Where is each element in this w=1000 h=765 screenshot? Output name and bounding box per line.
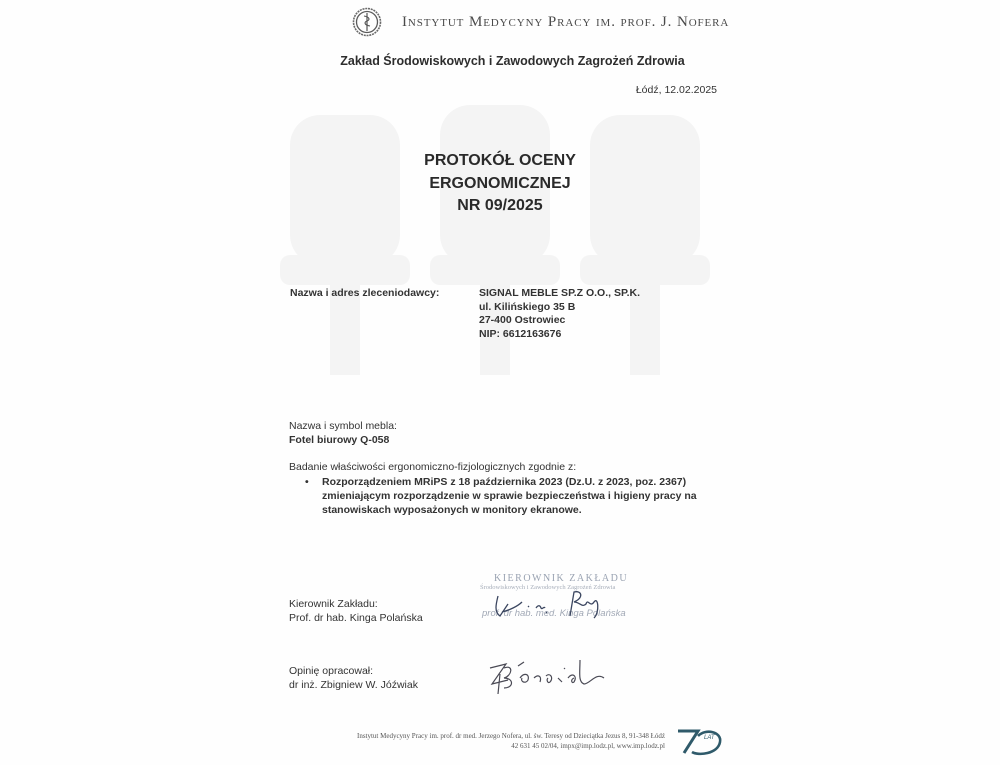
stamp-title: KIEROWNIK ZAKŁADU — [494, 573, 628, 584]
head-role: Kierownik Zakładu: — [289, 597, 423, 611]
document-title: PROTOKÓŁ OCENY ERGONOMICZNEJ NR 09/2025 — [0, 150, 1000, 218]
footer-line-2: 42 631 45 02/04, impx@imp.lodz.pl, www.i… — [357, 741, 665, 751]
client-street: ul. Kilińskiego 35 B — [479, 301, 640, 315]
bullet-icon: • — [305, 475, 309, 489]
institute-name: Instytut Medycyny Pracy im. prof. J. Nof… — [402, 14, 729, 31]
client-label: Nazwa i adres zleceniodawcy: — [290, 287, 439, 299]
study-list-item: • Rozporządzeniem MRiPS z 18 październik… — [305, 475, 745, 517]
title-line-3: NR 09/2025 — [0, 195, 1000, 218]
author-name: dr inż. Zbigniew W. Jóźwiak — [289, 678, 418, 692]
author-role: Opinię opracował: — [289, 664, 418, 678]
70-lat-anniversary-icon — [676, 726, 724, 756]
footer-line-1: Instytut Medycyny Pracy im. prof. dr med… — [357, 731, 665, 741]
caduceus-seal-icon — [352, 7, 382, 37]
place-date: Łódź, 12.02.2025 — [636, 84, 717, 96]
head-signatory: Kierownik Zakładu: Prof. dr hab. Kinga P… — [289, 597, 423, 625]
chair-watermark-icon — [270, 95, 730, 425]
client-city: 27-400 Ostrowiec — [479, 314, 640, 328]
document-page: Instytut Medycyny Pracy im. prof. J. Nof… — [0, 0, 1000, 765]
department-name: Zakład Środowiskowych i Zawodowych Zagro… — [0, 54, 1000, 68]
study-label: Badanie właściwości ergonomiczno-fizjolo… — [289, 461, 576, 473]
footer-address: Instytut Medycyny Pracy im. prof. dr med… — [357, 731, 665, 751]
anniversary-logo: LAT — [676, 726, 724, 756]
furniture-value: Fotel biurowy Q-058 — [289, 434, 389, 446]
author-signature-icon — [484, 654, 609, 699]
client-address-block: SIGNAL MEBLE SP.Z O.O., SP.K. ul. Kilińs… — [479, 287, 640, 341]
study-item-text: Rozporządzeniem MRiPS z 18 października … — [322, 476, 697, 516]
author-signatory: Opinię opracował: dr inż. Zbigniew W. Jó… — [289, 664, 418, 692]
furniture-label: Nazwa i symbol mebla: — [289, 420, 397, 432]
client-nip: NIP: 6612163676 — [479, 328, 640, 342]
title-line-1: PROTOKÓŁ OCENY — [0, 150, 1000, 173]
client-name: SIGNAL MEBLE SP.Z O.O., SP.K. — [479, 287, 640, 301]
head-name: Prof. dr hab. Kinga Polańska — [289, 611, 423, 625]
title-line-2: ERGONOMICZNEJ — [0, 173, 1000, 196]
letterhead: Instytut Medycyny Pracy im. prof. J. Nof… — [352, 6, 729, 38]
head-signature-icon — [490, 586, 610, 626]
anniversary-text: LAT — [704, 735, 715, 741]
study-list: • Rozporządzeniem MRiPS z 18 październik… — [305, 475, 745, 517]
